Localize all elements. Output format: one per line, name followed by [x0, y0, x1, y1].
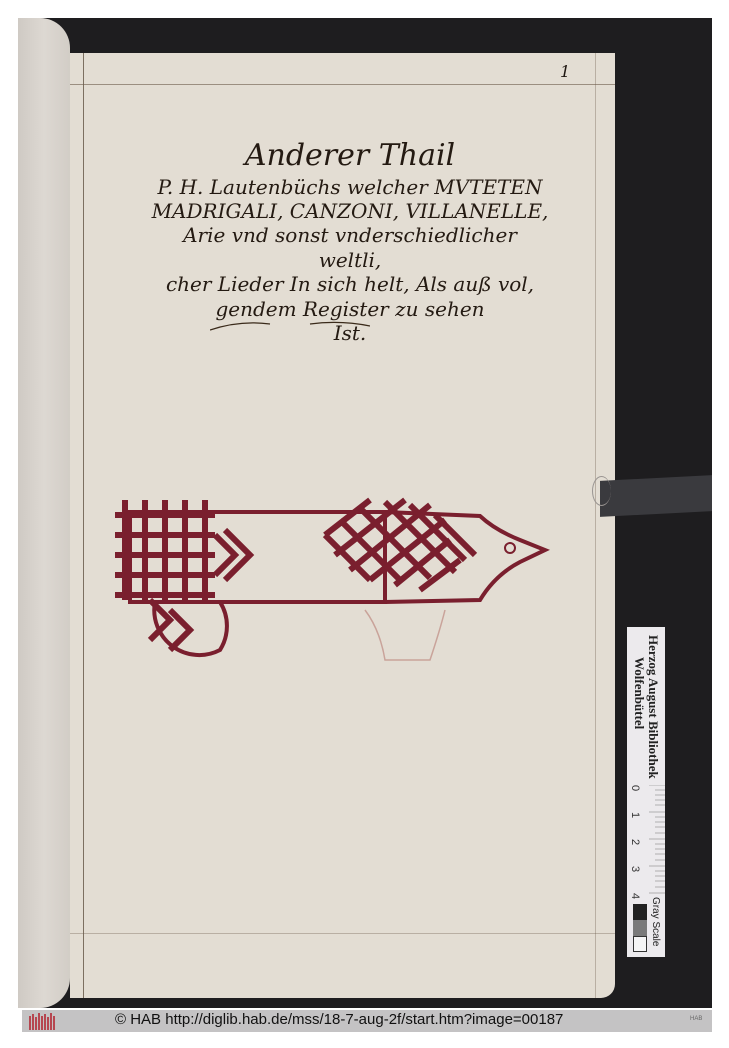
gray-swatch-light — [633, 936, 647, 952]
scale-number-3: 3 — [629, 866, 641, 872]
margin-rule-left — [83, 53, 84, 998]
knot-ornament-icon — [100, 490, 560, 670]
flourish-decoration — [210, 318, 370, 332]
scale-institution: Herzog August Bibliothek Wolfenbüttel — [627, 627, 665, 797]
title-line-4: cher Lieder In sich helt, Als auß vol, — [150, 272, 550, 296]
footer-copyright-url: © HAB http://diglib.hab.de/mss/18-7-aug-… — [115, 1011, 563, 1028]
hab-logo-icon — [28, 1012, 58, 1030]
gray-swatch-dark — [633, 904, 647, 920]
title-line-3: Arie vnd sonst vnderschiedlicher weltli, — [150, 223, 550, 272]
institution-line-2: Wolfenbüttel — [631, 657, 647, 729]
scale-number-1: 1 — [629, 812, 641, 818]
title-line-0: Anderer Thail — [245, 138, 455, 173]
footer-mark: HAB — [690, 1016, 702, 1022]
ribbon-strap — [600, 475, 712, 517]
gray-scale-label: Gray Scale — [650, 897, 661, 946]
gray-swatch-mid — [633, 920, 647, 936]
previous-page-edge — [18, 18, 70, 1008]
title-line-2: MADRIGALI, CANZONI, VILLANELLE, — [150, 199, 550, 223]
folio-number: 1 — [560, 62, 570, 81]
margin-rule-top — [70, 84, 615, 85]
calligraphic-title: Anderer Thail P. H. Lautenbüchs welcher … — [150, 138, 550, 345]
institution-line-1: Herzog August Bibliothek — [645, 635, 661, 779]
title-line-1: P. H. Lautenbüchs welcher MVTETEN — [150, 175, 550, 199]
scale-number-0: 0 — [629, 785, 641, 791]
scale-number-4: 4 — [629, 893, 641, 899]
margin-rule-bottom — [70, 933, 615, 934]
margin-rule-right — [595, 53, 596, 998]
ribbon-loop — [592, 476, 611, 506]
scale-number-2: 2 — [629, 839, 641, 845]
ruler-ticks — [645, 785, 665, 895]
